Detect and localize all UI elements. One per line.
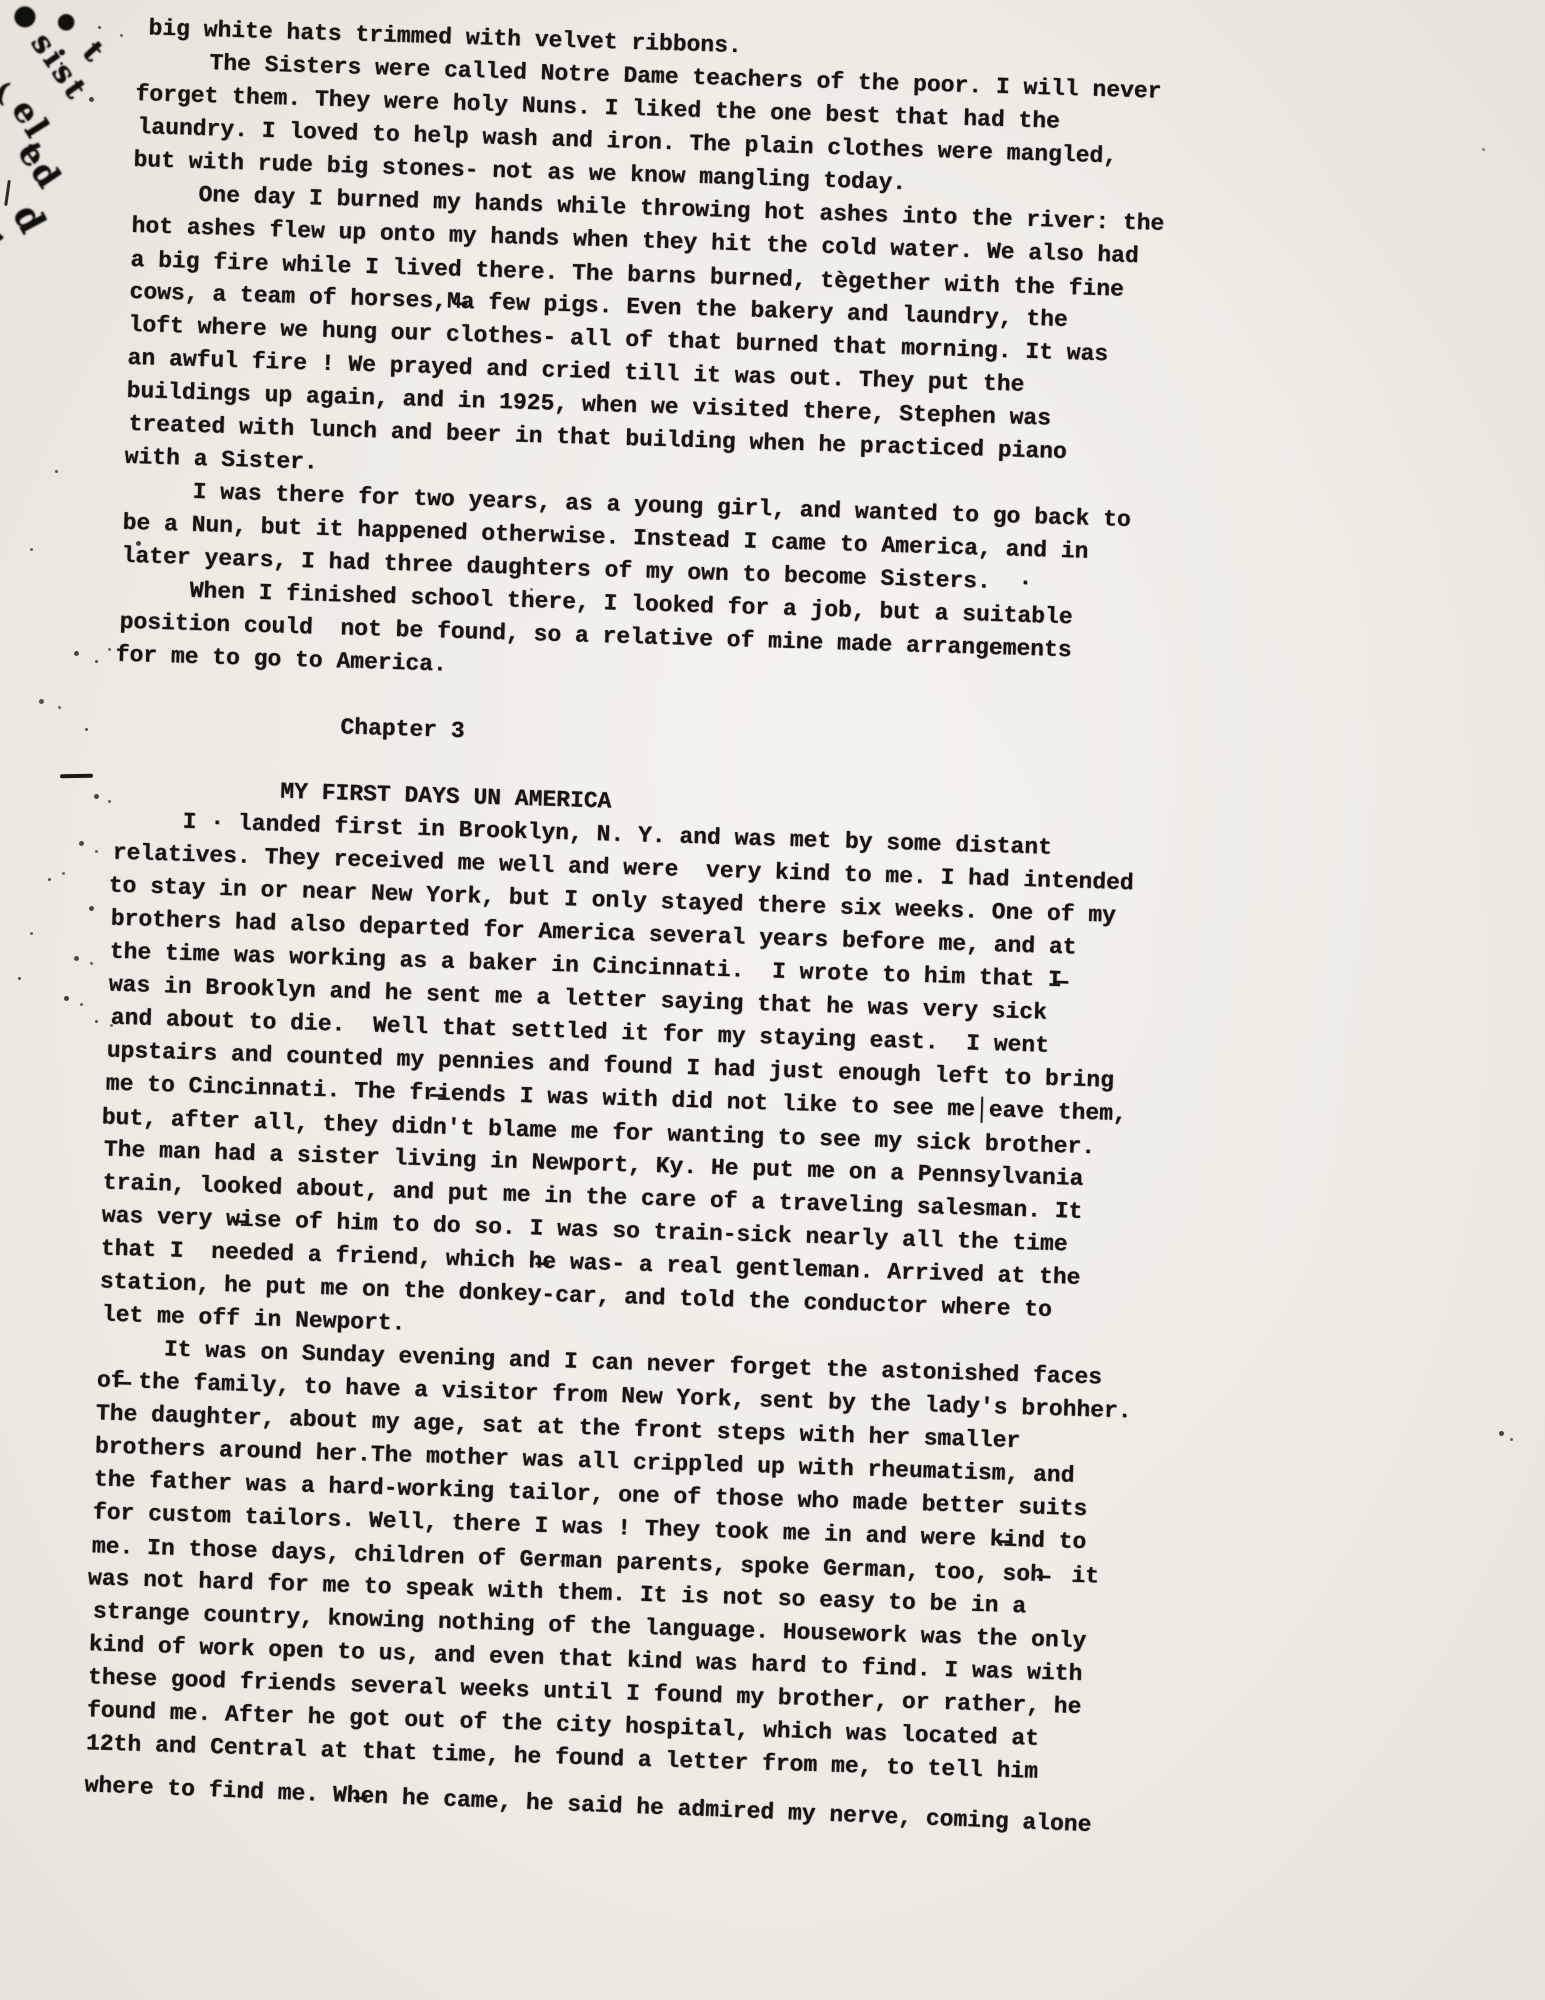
bleed-fragment: t	[75, 35, 110, 69]
bleed-fragment: ●	[8, 0, 44, 35]
bleed-fragment: ●	[53, 5, 81, 36]
stray-dash-mark	[60, 774, 93, 779]
scanned-typewritten-page: ●●tsistel,edd,( big white hats trimmed w…	[0, 0, 1545, 2000]
typewritten-text: big white hats trimmed with velvet ribbo…	[84, 12, 1347, 1839]
bleed-fragment: ed	[10, 135, 69, 197]
bleed-fragment: (	[0, 77, 13, 109]
